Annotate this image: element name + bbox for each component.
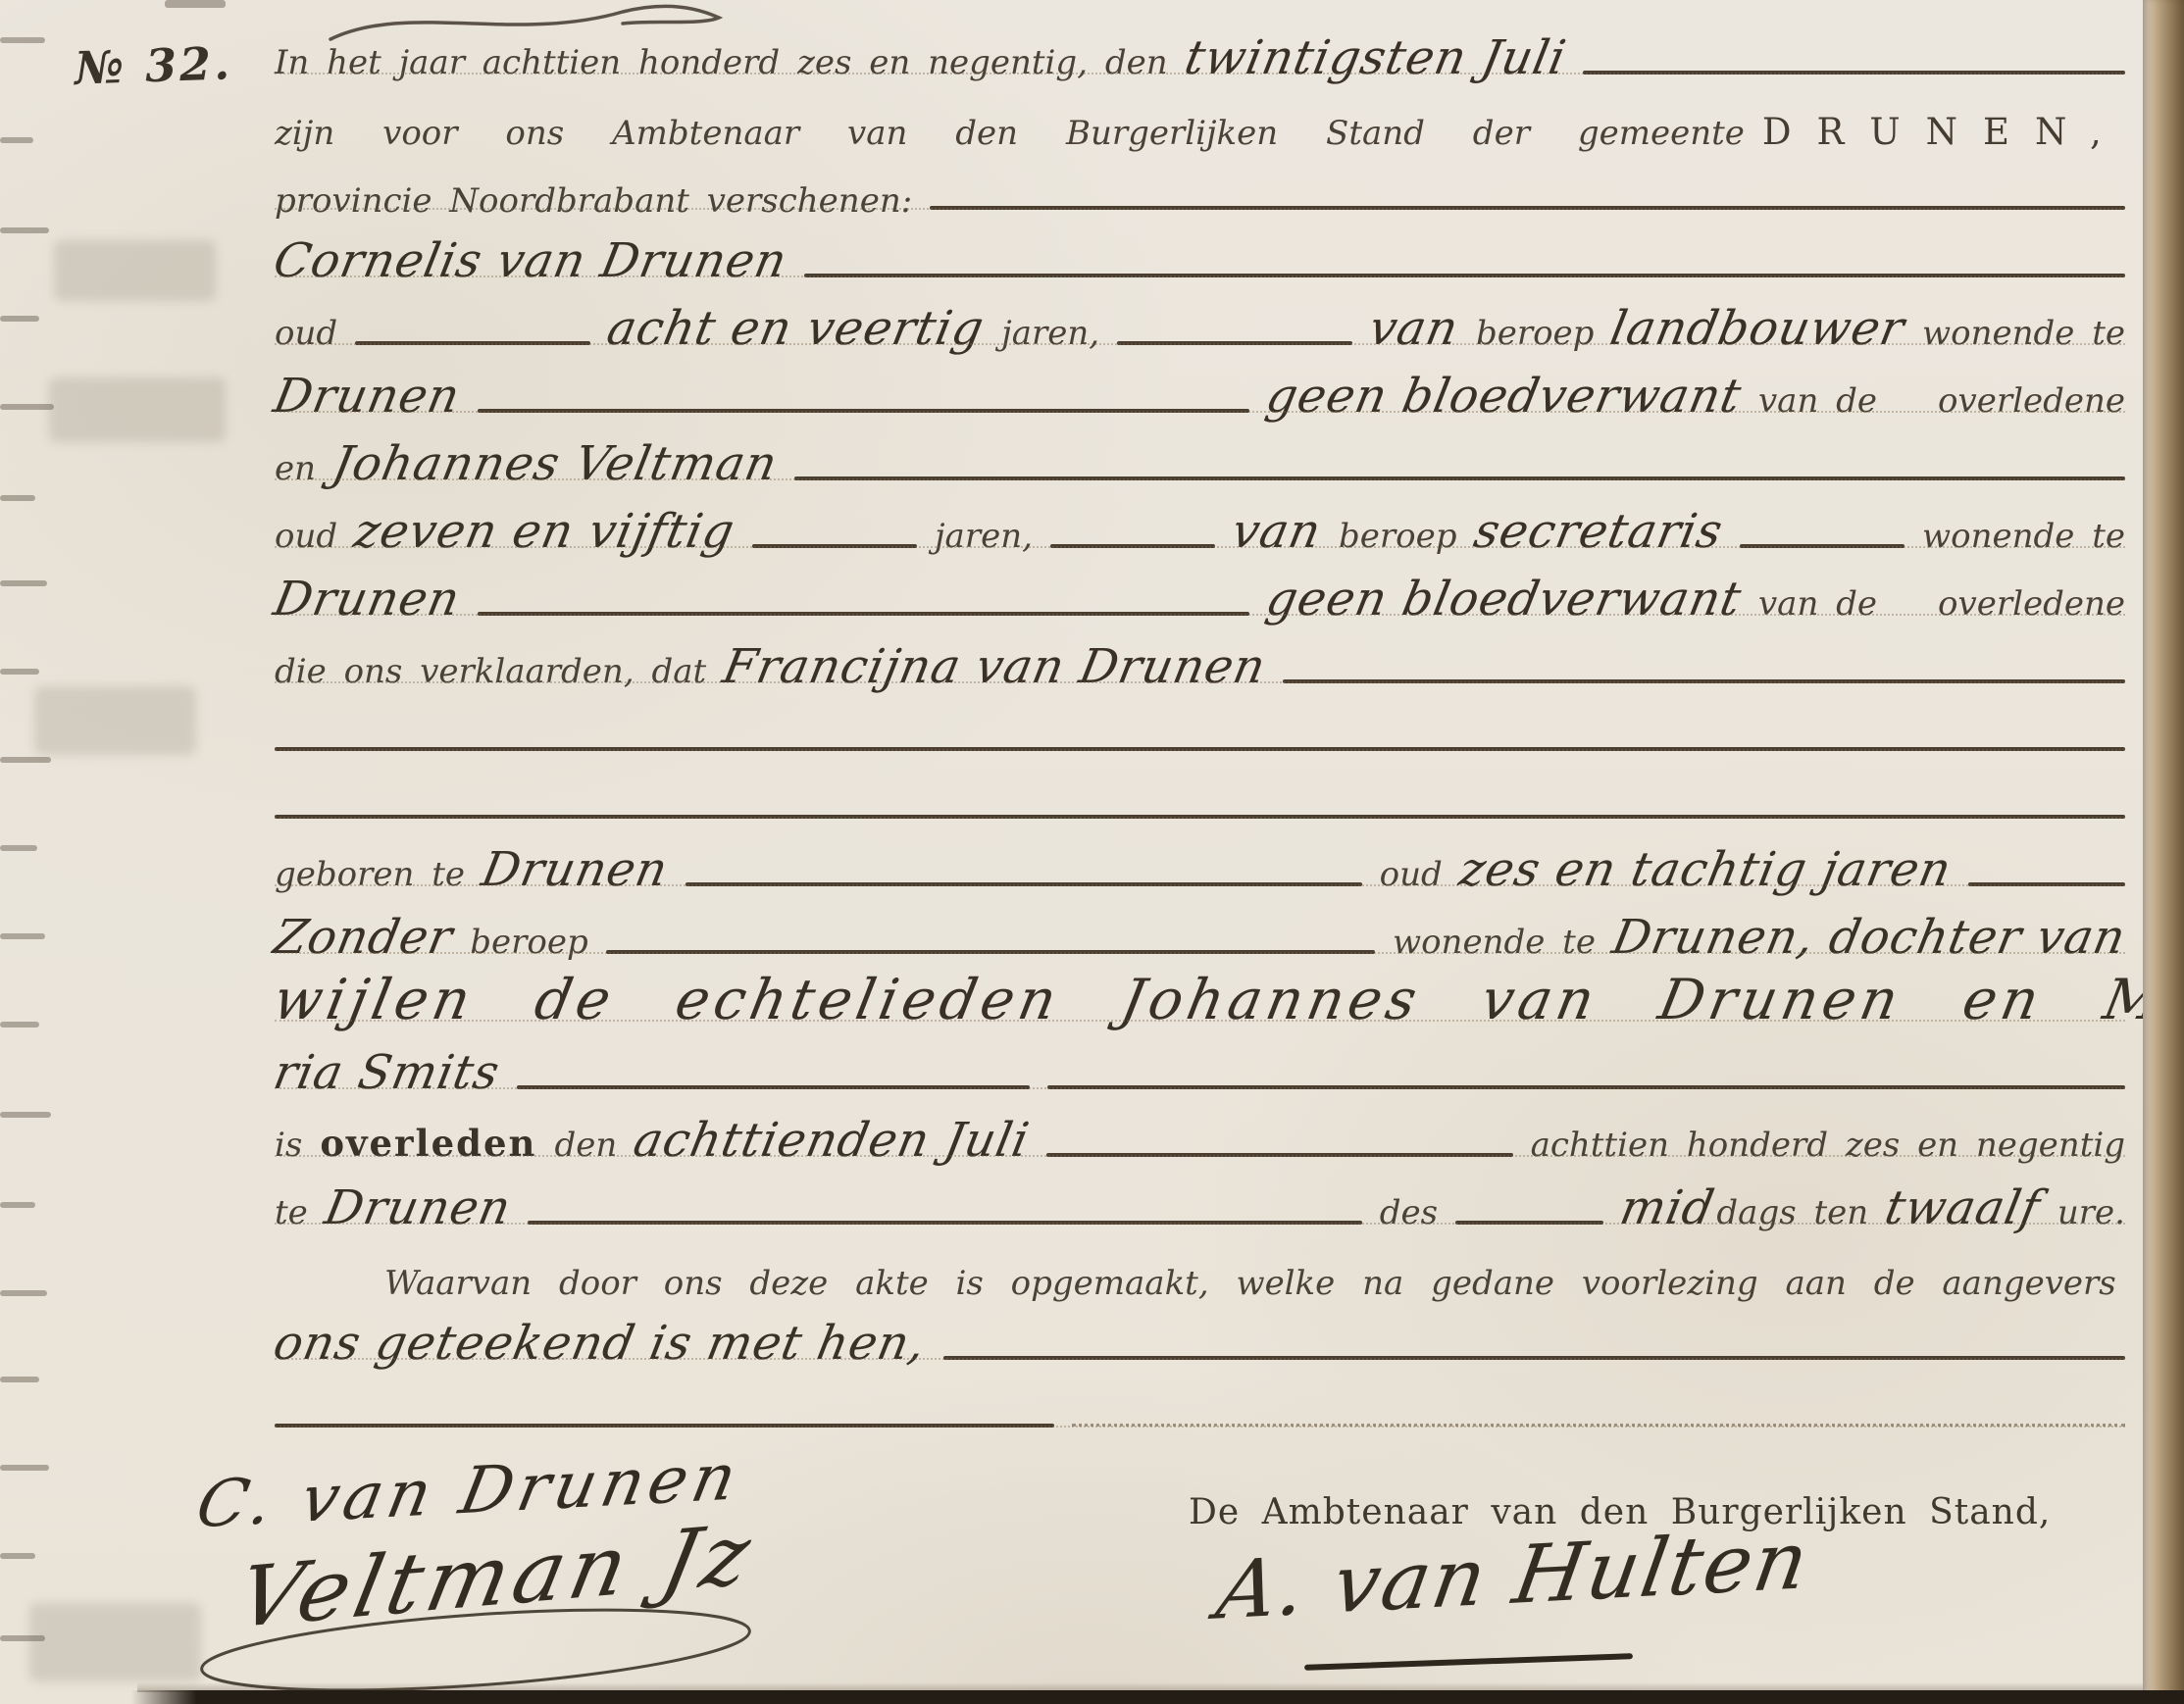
- printed-text: van de: [1758, 584, 1877, 624]
- signature-underline: [1304, 1653, 1633, 1671]
- bleed-through-mark: [0, 1465, 49, 1471]
- printed-text: den: [554, 1126, 617, 1165]
- page-edge-right: [2143, 0, 2184, 1704]
- handwritten-text: geen bloedverwant: [1261, 572, 1746, 626]
- bleed-through-text: [54, 240, 216, 301]
- signature-official: A. van Hulten: [1210, 1514, 1815, 1637]
- printed-text: In het jaar achttien honderd zes en nege…: [275, 43, 1168, 82]
- act-line: die ons verklaarden, datFrancijna van Dr…: [275, 632, 2125, 700]
- fill-stroke: [528, 1221, 1361, 1225]
- fill-stroke: [1583, 71, 2125, 75]
- handwritten-text: twaalf: [1881, 1180, 2046, 1235]
- printed-text: beroep: [1339, 517, 1457, 556]
- fill-stroke: [752, 544, 917, 548]
- handwritten-text: acht en veertig: [603, 301, 990, 356]
- handwritten-text: achttienden Juli: [630, 1113, 1035, 1168]
- fill-stroke: [1117, 341, 1352, 345]
- printed-text: provincie Noordbrabant verschenen:: [275, 181, 912, 221]
- act-line: zijn voor ons Ambtenaar van den Burgerli…: [275, 91, 2125, 159]
- handwritten-text: zeven en vijftig: [350, 504, 739, 559]
- printed-text: van de: [1758, 381, 1877, 421]
- fill-stroke: [930, 206, 2125, 210]
- bleed-through-mark: [0, 845, 37, 851]
- fill-stroke: [1050, 544, 1215, 548]
- printed-text: wonende te: [1922, 314, 2125, 353]
- bleed-through-mark: [0, 227, 49, 233]
- fill-stroke: [355, 341, 590, 345]
- handwritten-text: secretaris: [1469, 504, 1727, 559]
- act-line: [275, 1377, 2125, 1444]
- act-line: wijlen de echtelieden Johannes van Drune…: [275, 971, 2125, 1038]
- handwritten-text: mid: [1615, 1180, 1718, 1235]
- death-certificate-page: № 32. In het jaar achttien honderd zes e…: [0, 0, 2184, 1704]
- act-line: [275, 768, 2125, 835]
- bleed-through-mark: [165, 0, 226, 8]
- printed-text: zijn voor ons Ambtenaar van den Burgerli…: [275, 114, 1745, 153]
- fill-stroke: [606, 950, 1375, 954]
- fill-stroke: [517, 1085, 1030, 1089]
- handwritten-text: ons geteekend is met hen,: [270, 1316, 931, 1371]
- fill-stroke: [1047, 1085, 2125, 1089]
- bleed-through-mark: [0, 580, 47, 586]
- handwritten-text: zes en tachtig jaren: [1454, 842, 1955, 897]
- bleed-through-mark: [0, 933, 45, 939]
- act-body: In het jaar achttien honderd zes en nege…: [275, 24, 2125, 1444]
- handwritten-text: Francijna van Drunen: [719, 639, 1271, 694]
- fill-stroke: [1968, 882, 2125, 886]
- printed-text: jaren,: [1001, 314, 1099, 353]
- municipality-name: DRUNEN,: [1762, 111, 2127, 153]
- printed-text: te: [275, 1193, 308, 1232]
- handwritten-text: Drunen: [478, 842, 673, 897]
- handwritten-text: Drunen, dochter van: [1607, 910, 2130, 965]
- fill-stroke: [1740, 544, 1905, 548]
- act-line: Drunengeen bloedverwantvan deoverledene: [275, 362, 2125, 429]
- handwritten-text: geen bloedverwant: [1261, 369, 1746, 424]
- fill-stroke: [794, 476, 2125, 480]
- fill-stroke: [943, 1356, 2125, 1360]
- printed-text: overledene: [1938, 584, 2125, 624]
- printed-text: oud: [275, 314, 337, 353]
- act-line: oudacht en veertigjaren,vanberoeplandbou…: [275, 294, 2125, 362]
- printed-text: dags ten: [1716, 1193, 1868, 1232]
- printed-text: is: [275, 1126, 302, 1165]
- printed-text: jaren,: [935, 517, 1033, 556]
- page-edge-bottom: [0, 1690, 2184, 1704]
- act-line: teDrunendesmiddags tentwaalfure.: [275, 1174, 2125, 1241]
- handwritten-text: Zonder: [270, 910, 458, 965]
- act-line: geboren teDrunenoudzes en tachtig jaren: [275, 835, 2125, 903]
- bleed-through-mark: [0, 1112, 51, 1118]
- printed-text: beroep: [1476, 314, 1595, 353]
- bleed-through-text: [29, 1603, 201, 1681]
- printed-text: die ons verklaarden, dat: [275, 652, 706, 691]
- handwritten-text: Drunen: [270, 369, 465, 424]
- fill-stroke: [275, 1424, 1054, 1428]
- printed-text: oud: [275, 517, 337, 556]
- act-line: ria Smits: [275, 1038, 2125, 1106]
- act-number: № 32.: [74, 36, 233, 95]
- fill-stroke: [275, 747, 2125, 751]
- act-line: Drunengeen bloedverwantvan deoverledene: [275, 565, 2125, 632]
- handwritten-text: wijlen de echtelieden Johannes van Drune…: [269, 968, 2184, 1032]
- handwritten-text: Johannes Veltman: [329, 436, 783, 491]
- bleed-through-mark: [0, 669, 39, 675]
- fill-stroke: [686, 882, 1362, 886]
- fill-stroke: [478, 409, 1249, 413]
- handwritten-text: van: [1228, 504, 1327, 559]
- printed-text-bold: overleden: [320, 1122, 536, 1165]
- fill-stroke: [1455, 1221, 1603, 1225]
- fill-stroke: [275, 815, 2125, 819]
- act-line: provincie Noordbrabant verschenen:: [275, 159, 2125, 226]
- dotted-rule: [1072, 1424, 2125, 1427]
- printed-text: wonende te: [1922, 517, 2125, 556]
- bleed-through-mark: [0, 37, 45, 43]
- printed-text: beroep: [470, 923, 588, 962]
- printed-text: achttien honderd zes en negentig: [1531, 1126, 2125, 1165]
- printed-text: des: [1380, 1193, 1438, 1232]
- printed-text: overledene: [1938, 381, 2125, 421]
- printed-text: geboren te: [275, 855, 465, 894]
- act-line: ons geteekend is met hen,: [275, 1309, 2125, 1377]
- handwritten-text: ria Smits: [270, 1045, 505, 1100]
- bleed-through-mark: [0, 757, 51, 763]
- printed-text: ure.: [2057, 1193, 2125, 1232]
- bleed-through-mark: [0, 1202, 35, 1208]
- handwritten-text: landbouwer: [1606, 301, 1909, 356]
- handwritten-text: twintigsten Juli: [1180, 30, 1570, 85]
- act-line: enJohannes Veltman: [275, 429, 2125, 497]
- fill-stroke: [804, 274, 2125, 277]
- act-line: isoverledendenachttienden Juliachttien h…: [275, 1106, 2125, 1174]
- bleed-through-mark: [0, 404, 54, 410]
- handwritten-text: Drunen: [270, 572, 465, 626]
- bleed-through-mark: [0, 1553, 35, 1559]
- handwritten-text: Cornelis van Drunen: [270, 233, 792, 288]
- act-line: [275, 700, 2125, 768]
- fill-stroke: [478, 612, 1249, 616]
- handwritten-text: van: [1365, 301, 1464, 356]
- printed-text: oud: [1380, 855, 1443, 894]
- bleed-through-mark: [0, 137, 33, 143]
- printed-text: en: [275, 449, 316, 488]
- fill-stroke: [1046, 1153, 1512, 1157]
- bleed-through-text: [49, 377, 226, 442]
- bleed-through-mark: [0, 495, 35, 501]
- act-line: In het jaar achttien honderd zes en nege…: [275, 24, 2125, 91]
- bleed-through-mark: [0, 1290, 47, 1296]
- handwritten-text: Drunen: [320, 1180, 515, 1235]
- bleed-through-mark: [0, 1022, 39, 1027]
- fill-stroke: [1283, 679, 2125, 683]
- act-line: oudzeven en vijftigjaren,vanberoepsecret…: [275, 497, 2125, 565]
- printed-text: Waarvan door ons deze akte is opgemaakt,…: [384, 1264, 2184, 1303]
- act-line: Waarvan door ons deze akte is opgemaakt,…: [275, 1241, 2125, 1309]
- act-line: Zonderberoepwonende teDrunen, dochter va…: [275, 903, 2125, 971]
- act-line: Cornelis van Drunen: [275, 226, 2125, 294]
- bleed-through-text: [34, 686, 196, 755]
- bleed-through-mark: [0, 316, 39, 322]
- printed-text: wonende te: [1393, 923, 1596, 962]
- bleed-through-mark: [0, 1377, 39, 1382]
